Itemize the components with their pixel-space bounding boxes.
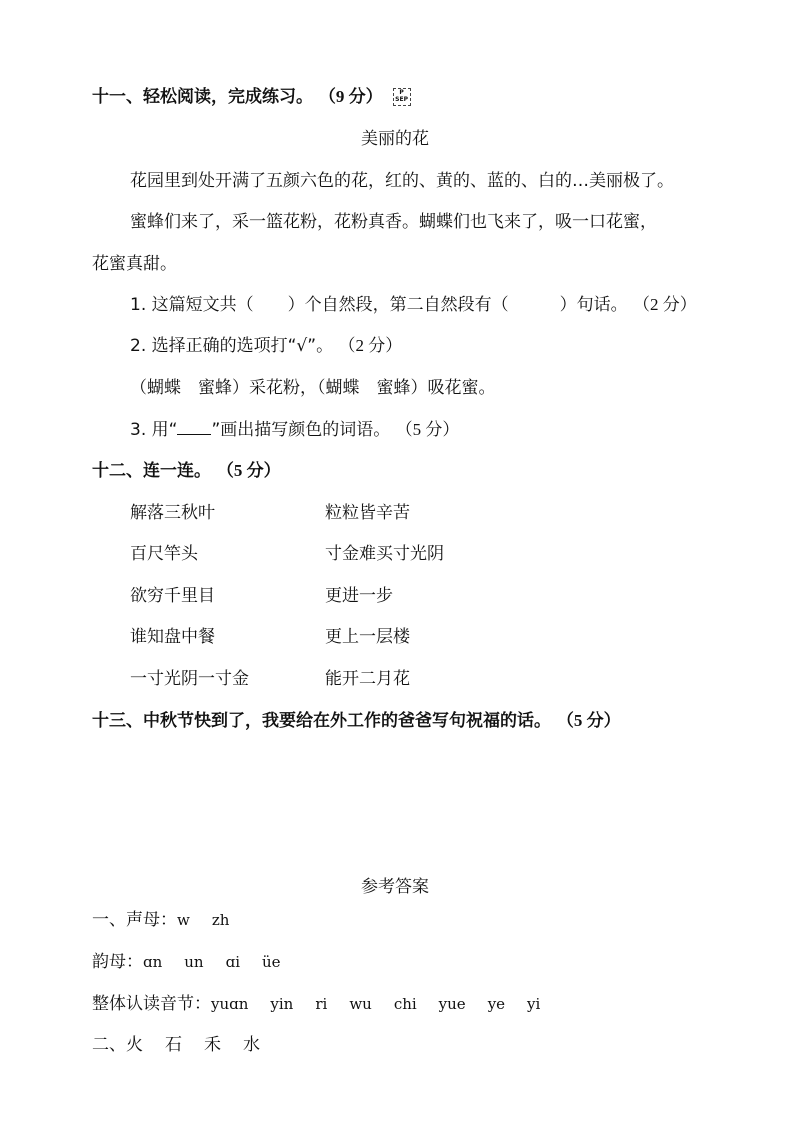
match-left-5: 一寸光阴一寸金 [130, 668, 249, 690]
match-left-2: 百尺竿头 [130, 543, 198, 565]
section-13-heading: 十三、中秋节快到了，我要给在外工作的爸爸写句祝福的话。 （5 分） [92, 710, 621, 732]
question-2: 2. 选择正确的选项打“√”。 （2 分） [130, 335, 402, 357]
question-2-options: （蝴蝶 蜜蜂）采花粉，（蝴蝶 蜜蜂）吸花蜜。 [130, 377, 496, 399]
match-right-4: 更上一层楼 [325, 626, 410, 648]
passage-paragraph-2-cont: 花蜜真甜。 [92, 253, 177, 275]
match-right-1: 粒粒皆辛苦 [325, 502, 410, 524]
answer-row-2: 二、火石禾水 [92, 1034, 260, 1056]
match-right-3: 更进一步 [325, 585, 393, 607]
sep-placeholder-icon: PSEP [393, 88, 411, 106]
section-11-title: 十一、轻松阅读，完成练习。 [92, 87, 313, 107]
section-11-heading: 十一、轻松阅读，完成练习。 （9 分） PSEP [92, 86, 411, 108]
answer-row-shengmu: 一、声母：wzh [92, 909, 251, 931]
section-11-score: （9 分） [319, 87, 383, 106]
passage-title: 美丽的花 [361, 128, 429, 150]
match-left-3: 欲穷千里目 [130, 585, 215, 607]
answers-title: 参考答案 [361, 876, 429, 898]
match-left-4: 谁知盘中餐 [130, 626, 215, 648]
answer-row-yunmu: 韵母：ɑnunɑiüe [92, 951, 303, 973]
question-3: 3. 用“”画出描写颜色的词语。 （5 分） [130, 418, 459, 441]
passage-paragraph-1: 花园里到处开满了五颜六色的花，红的、黄的、蓝的、白的…美丽极了。 [130, 170, 674, 192]
answer-row-zhengti: 整体认读音节：yuɑnyinriwuchiyueyeyi [92, 993, 562, 1015]
match-left-1: 解落三秋叶 [130, 502, 215, 524]
question-1: 1. 这篇短文共（ ）个自然段，第二自然段有（ ）句话。 （2 分） [130, 294, 697, 316]
match-right-2: 寸金难买寸光阴 [325, 543, 444, 565]
match-right-5: 能开二月花 [325, 668, 410, 690]
passage-paragraph-2: 蜜蜂们来了，采一篮花粉，花粉真香。蝴蝶们也飞来了，吸一口花蜜， [130, 211, 657, 233]
section-12-heading: 十二、连一连。 （5 分） [92, 460, 281, 482]
underline-blank [177, 418, 211, 435]
